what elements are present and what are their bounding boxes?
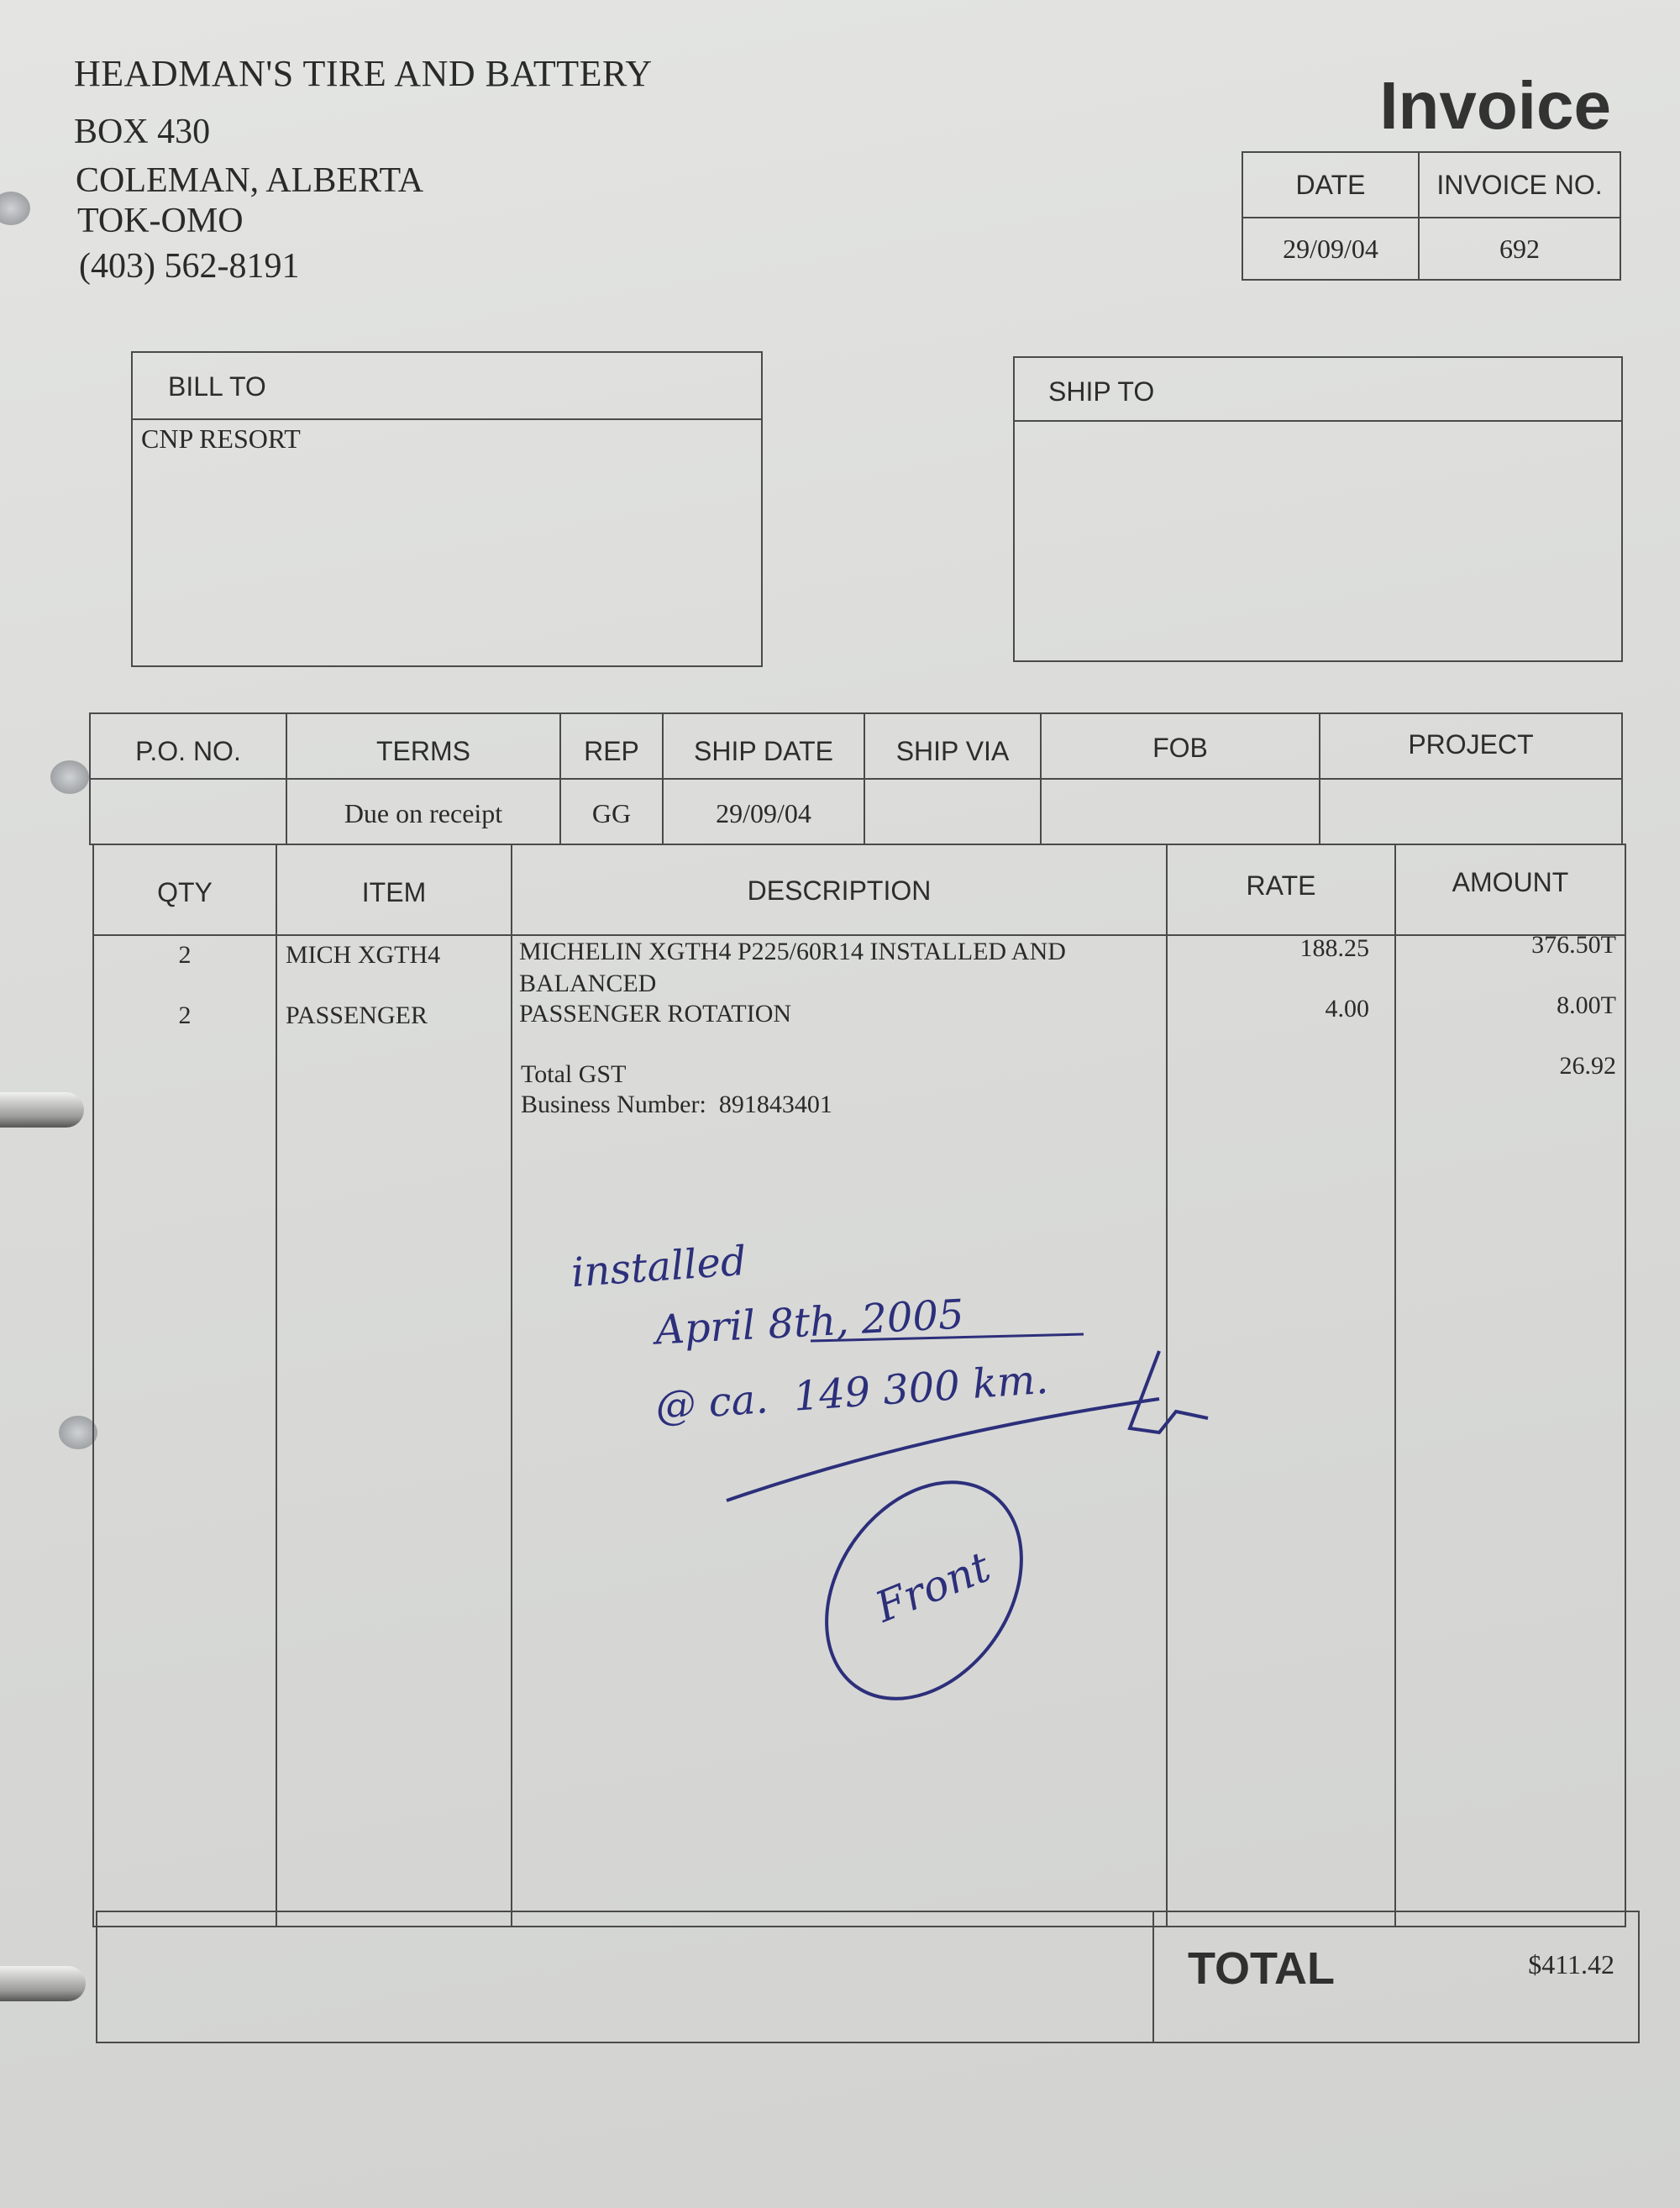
handwritten-strokes	[0, 0, 1680, 2208]
